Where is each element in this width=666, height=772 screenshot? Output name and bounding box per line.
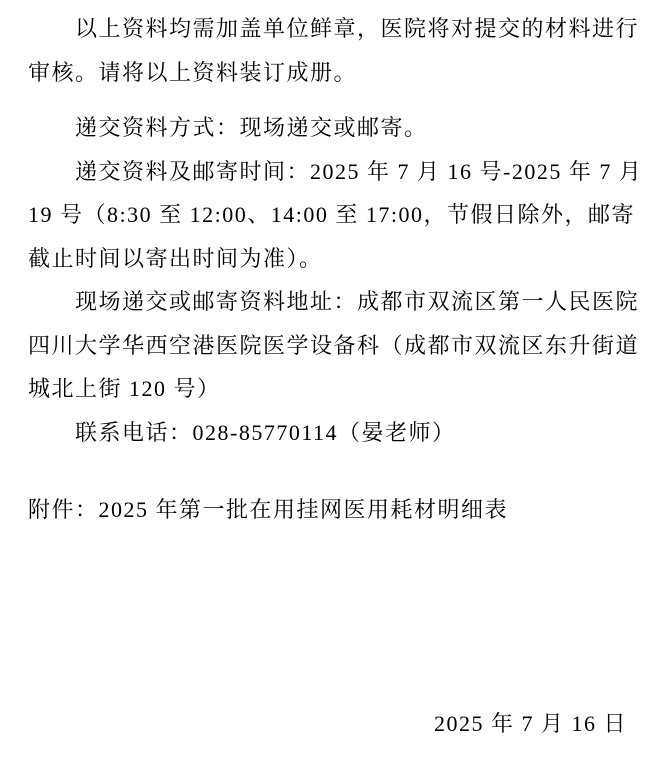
paragraph-line: 审核。请将以上资料装订成册。	[28, 51, 640, 95]
contact-phone-line: 联系电话：028-85770114（晏老师）	[28, 411, 640, 455]
paragraph-line: 递交资料及邮寄时间：2025 年 7 月 16 号-2025 年 7 月	[28, 150, 640, 194]
paragraph-line: 以上资料均需加盖单位鲜章，医院将对提交的材料进行	[28, 7, 640, 51]
attachment-line: 附件：2025 年第一批在用挂网医用耗材明细表	[28, 488, 640, 532]
paragraph-line: 现场递交或邮寄资料地址：成都市双流区第一人民医院	[28, 280, 640, 324]
paragraph-line: 城北上街 120 号）	[28, 367, 640, 411]
paragraph-line: 递交资料方式：现场递交或邮寄。	[28, 106, 640, 150]
paragraph-line: 四川大学华西空港医院医学设备科（成都市双流区东升街道	[28, 324, 640, 368]
date-stamp: 2025 年 7 月 16 日	[28, 702, 640, 746]
paragraph-line: 19 号（8:30 至 12:00、14:00 至 17:00，节假日除外，邮寄	[28, 193, 640, 237]
document-page: 以上资料均需加盖单位鲜章，医院将对提交的材料进行 审核。请将以上资料装订成册。 …	[0, 0, 666, 772]
paragraph-line: 截止时间以寄出时间为准）。	[28, 237, 640, 281]
